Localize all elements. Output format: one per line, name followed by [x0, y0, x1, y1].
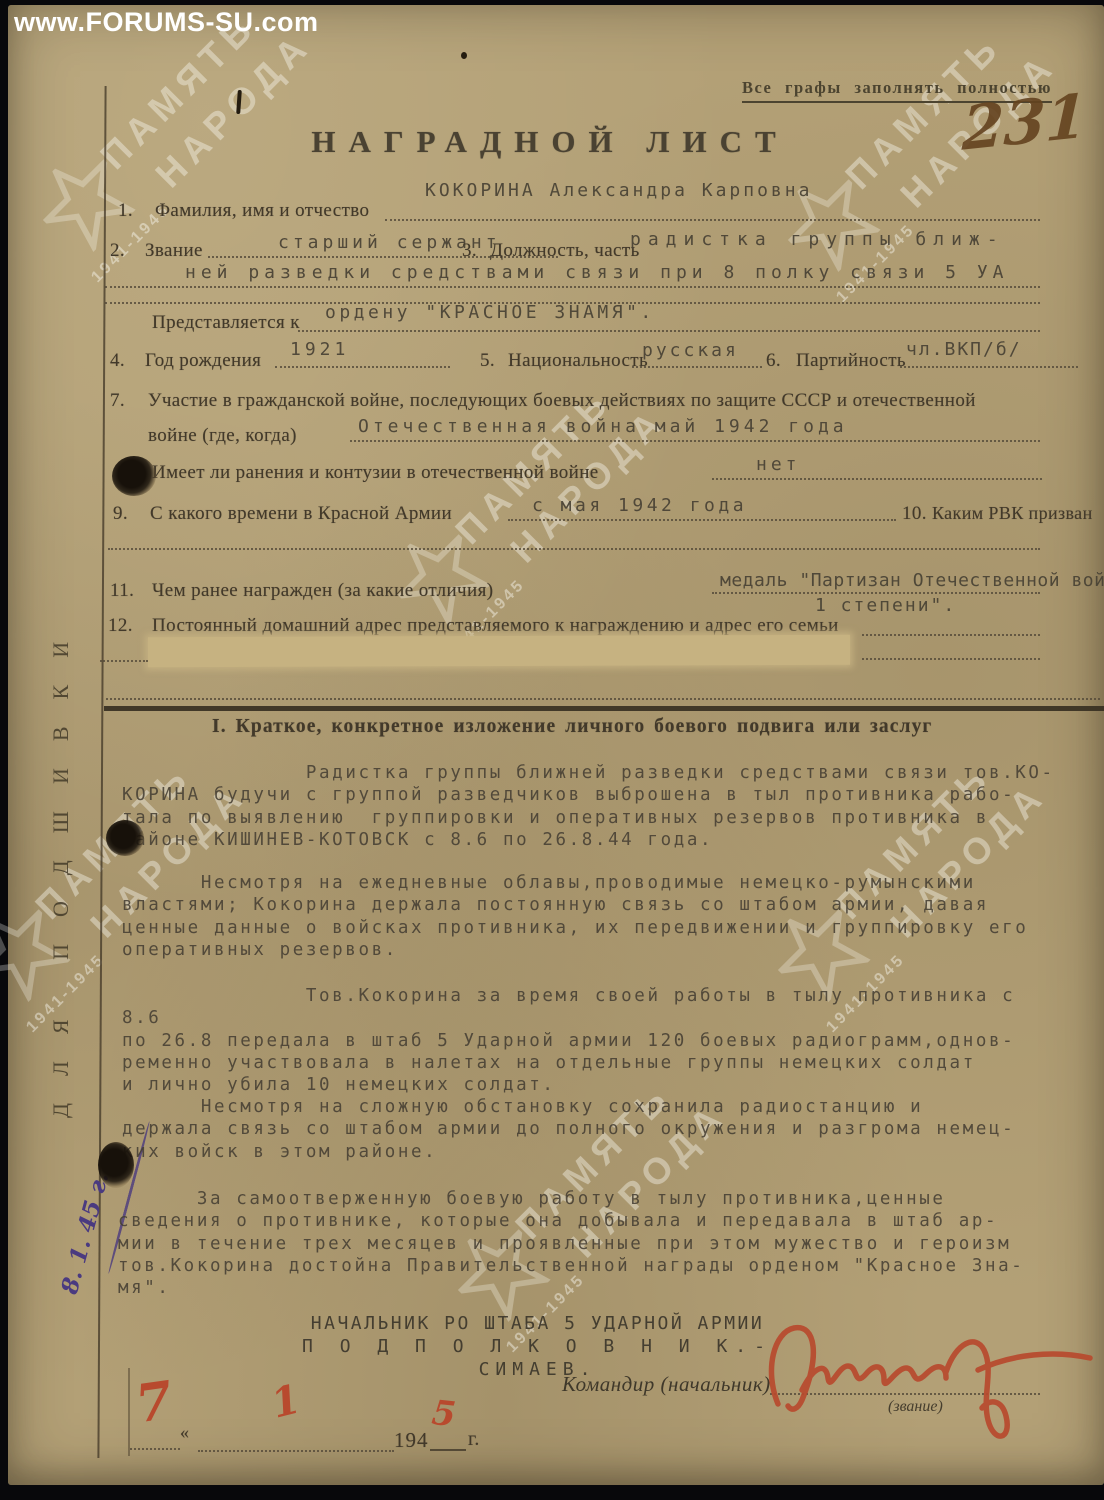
field-number: 10. [902, 503, 927, 525]
field-number: 11. [110, 580, 134, 602]
field-prior-awards-value-line1: медаль "Партизан Отечественной войны [720, 570, 1104, 591]
signoff-line-rank: П О Д П О Л К О В Н И К.- [285, 1335, 790, 1358]
field-label-war-participation: Участие в гражданской войне, последующих… [148, 390, 976, 412]
field-label-position: Должность, часть [490, 240, 640, 262]
field-wounds-value: нет [756, 454, 801, 475]
field-number: 9. [113, 503, 128, 525]
field-label-home-address: Постоянный домашний адрес представляемог… [152, 615, 839, 637]
dotted-line [508, 519, 896, 521]
field-number: 7. [110, 390, 125, 412]
red-ink-signature [750, 1312, 1100, 1462]
section-heading: I. Краткое, конкретное изложение личного… [212, 716, 932, 738]
document-title: НАГРАДНОЙ ЛИСТ [300, 124, 800, 160]
merit-paragraph: За самоотверженную боевую работу в тылу … [118, 1188, 1058, 1299]
field-number: 6. [766, 350, 781, 372]
field-label-rank: Звание [145, 240, 203, 262]
scanned-award-document: { "overlay": { "site_banner": "www.FORUM… [0, 0, 1104, 1500]
hole-punch [106, 820, 144, 856]
dotted-line [106, 698, 1100, 700]
date-bracket-rule [128, 1368, 130, 1456]
paper-speck [461, 52, 467, 59]
dotted-line [632, 366, 762, 368]
field-number: 5. [480, 350, 495, 372]
dotted-line [900, 366, 1078, 368]
field-number: 4. [110, 350, 125, 372]
presented-for-value: ордену "КРАСНОЕ ЗНАМЯ". [325, 302, 655, 323]
commander-label: Командир (начальник) [562, 1372, 771, 1397]
field-label-drafted-by: Каким РВК призван [932, 503, 1093, 524]
binding-margin-label: ДЛЯ ПОДШИВКИ [48, 412, 74, 1118]
field-number: 3. [462, 240, 477, 262]
field-label-name: Фамилия, имя и отчество [155, 200, 369, 222]
field-birth-year-value: 1921 [290, 339, 349, 360]
hole-punch [112, 456, 156, 496]
handwritten-page-number: 231 [961, 81, 1088, 165]
merit-paragraph: Несмотря на сложную обстановку сохранила… [122, 1096, 1062, 1163]
dotted-line [198, 1450, 394, 1452]
dotted-line [712, 478, 1042, 480]
merit-paragraph: Несмотря на ежедневные облавы,проводимые… [122, 872, 1062, 961]
field-label-nationality: Национальность [508, 350, 648, 372]
field-nationality-value: русская [642, 340, 739, 361]
field-label-prior-awards: Чем ранее награжден (за какие отличия) [152, 580, 493, 602]
dotted-line [275, 366, 450, 368]
dotted-line [350, 440, 1040, 442]
field-red-army-since-value: с мая 1942 года [532, 495, 747, 516]
open-quote-mark: « [180, 1422, 189, 1443]
merit-paragraph: Тов.Кокорина за время своей работы в тыл… [122, 985, 1062, 1096]
dotted-line [862, 634, 1040, 636]
dotted-line [385, 219, 1040, 221]
field-label-war-where-when: войне (где, когда) [148, 425, 297, 447]
field-position-value-line1: радистка группы ближ- [630, 229, 1005, 250]
field-name-value: КОКОРИНА Александра Карповна [425, 180, 812, 201]
field-label-birth-year: Год рождения [145, 350, 261, 372]
dotted-line [712, 592, 1040, 594]
field-war-value: Отечественная война май 1942 года [358, 416, 848, 437]
hole-punch [98, 1142, 134, 1188]
dotted-line [862, 658, 1040, 660]
printed-year-prefix: 194 [394, 1428, 429, 1453]
field-label-wounds: Имеет ли ранения и контузии в отечествен… [152, 462, 599, 484]
site-watermark-banner: www.FORUMS-SU.com [14, 7, 319, 38]
section-divider-rule [104, 706, 1104, 711]
field-label-party: Партийность [796, 350, 906, 372]
dotted-line [298, 330, 1040, 332]
merit-paragraph: Радистка группы ближней разведки средств… [122, 762, 1062, 851]
field-number: 12. [108, 615, 133, 637]
field-position-value-line2: ней разведки средствами связи при 8 полк… [185, 262, 1009, 283]
redacted-address-box [148, 635, 850, 667]
field-number: 1. [118, 200, 133, 222]
field-label-red-army-since: С какого времени в Красной Армии [150, 503, 452, 525]
dotted-line [130, 1448, 180, 1450]
year-fill-line [430, 1449, 466, 1451]
field-party-value: чл.ВКП/б/ [906, 339, 1022, 360]
handwritten-year-digit: 5 [430, 1393, 458, 1435]
dotted-line [100, 660, 148, 662]
dotted-line [105, 286, 1040, 288]
signoff-block: НАЧАЛЬНИК РО ШТАБА 5 УДАРНОЙ АРМИИ П О Д… [285, 1312, 790, 1381]
presented-for-label: Представляется к [152, 312, 300, 334]
field-number: 2. [110, 240, 125, 262]
dotted-line [108, 548, 1040, 550]
signoff-line-unit: НАЧАЛЬНИК РО ШТАБА 5 УДАРНОЙ АРМИИ [285, 1312, 790, 1335]
printed-year-suffix: г. [468, 1428, 480, 1451]
field-prior-awards-value-line2: 1 степени". [815, 595, 956, 616]
